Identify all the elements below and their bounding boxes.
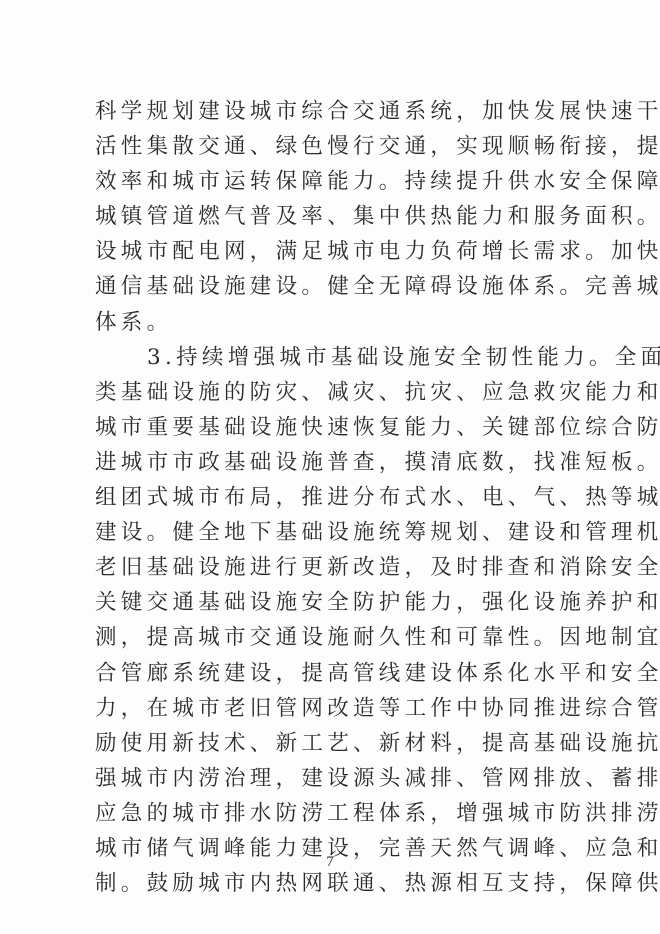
- text-line: 通信基础设施建设。健全无障碍设施体系。完善城市物流配送: [95, 269, 565, 304]
- text-line: 制。鼓励城市内热网联通、热源相互支持，保障供热安全。开: [95, 866, 565, 901]
- text-line: 合管廊系统建设，提高管线建设体系化水平和安全运行保障能: [95, 656, 565, 691]
- text-line: 类基础设施的防灾、减灾、抗灾、应急救灾能力和极端条件下: [95, 375, 565, 410]
- text-line: 老旧基础设施进行更新改造，及时排查和消除安全隐患。提升: [95, 550, 565, 585]
- body-text: 科学规划建设城市综合交通系统，加快发展快速干线交通、生 活性集散交通、绿色慢行交…: [95, 94, 565, 901]
- text-line: 应急的城市排水防涝工程体系，增强城市防洪排涝能力。推动: [95, 796, 565, 831]
- text-line: 励使用新技术、新工艺、新材料，提高基础设施抗震能力。加: [95, 726, 565, 761]
- text-line: 效率和城市运转保障能力。持续提升供水安全保障能力、提高: [95, 164, 565, 199]
- text-line: 建设。健全地下基础设施统筹规划、建设和管理机制，逐步对: [95, 515, 565, 550]
- text-line: 城镇管道燃气普及率、集中供热能力和服务面积。适度超前建: [95, 199, 565, 234]
- text-line: 活性集散交通、绿色慢行交通，实现顺畅衔接，提高居民出行: [95, 129, 565, 164]
- text-line: 力，在城市老旧管网改造等工作中协同推进综合管廊建设。鼓: [95, 691, 565, 726]
- text-line: 关键交通基础设施安全防护能力，强化设施养护和运行监测检: [95, 585, 565, 620]
- text-line: 测，提高城市交通设施耐久性和可靠性。因地制宜推进地下综: [95, 620, 565, 655]
- text-line: 城市重要基础设施快速恢复能力、关键部位综合防护能力。推: [95, 410, 565, 445]
- document-page: 科学规划建设城市综合交通系统，加快发展快速干线交通、生 活性集散交通、绿色慢行交…: [0, 0, 660, 934]
- text-line: 组团式城市布局，推进分布式水、电、气、热等城市基础设施: [95, 480, 565, 515]
- section-heading-line: 3.持续增强城市基础设施安全韧性能力。全面提升城市各: [95, 340, 565, 375]
- page-number: 7: [0, 854, 660, 871]
- text-line: 设城市配电网，满足城市电力负荷增长需求。加快新一代信息: [95, 234, 565, 269]
- text-line: 进城市市政基础设施普查，摸清底数，找准短板。新城区结合: [95, 445, 565, 480]
- text-line: 体系。: [95, 305, 565, 340]
- text-line: 科学规划建设城市综合交通系统，加快发展快速干线交通、生: [95, 94, 565, 129]
- text-line: 强城市内涝治理，建设源头减排、管网排放、蓄排并举、超标: [95, 761, 565, 796]
